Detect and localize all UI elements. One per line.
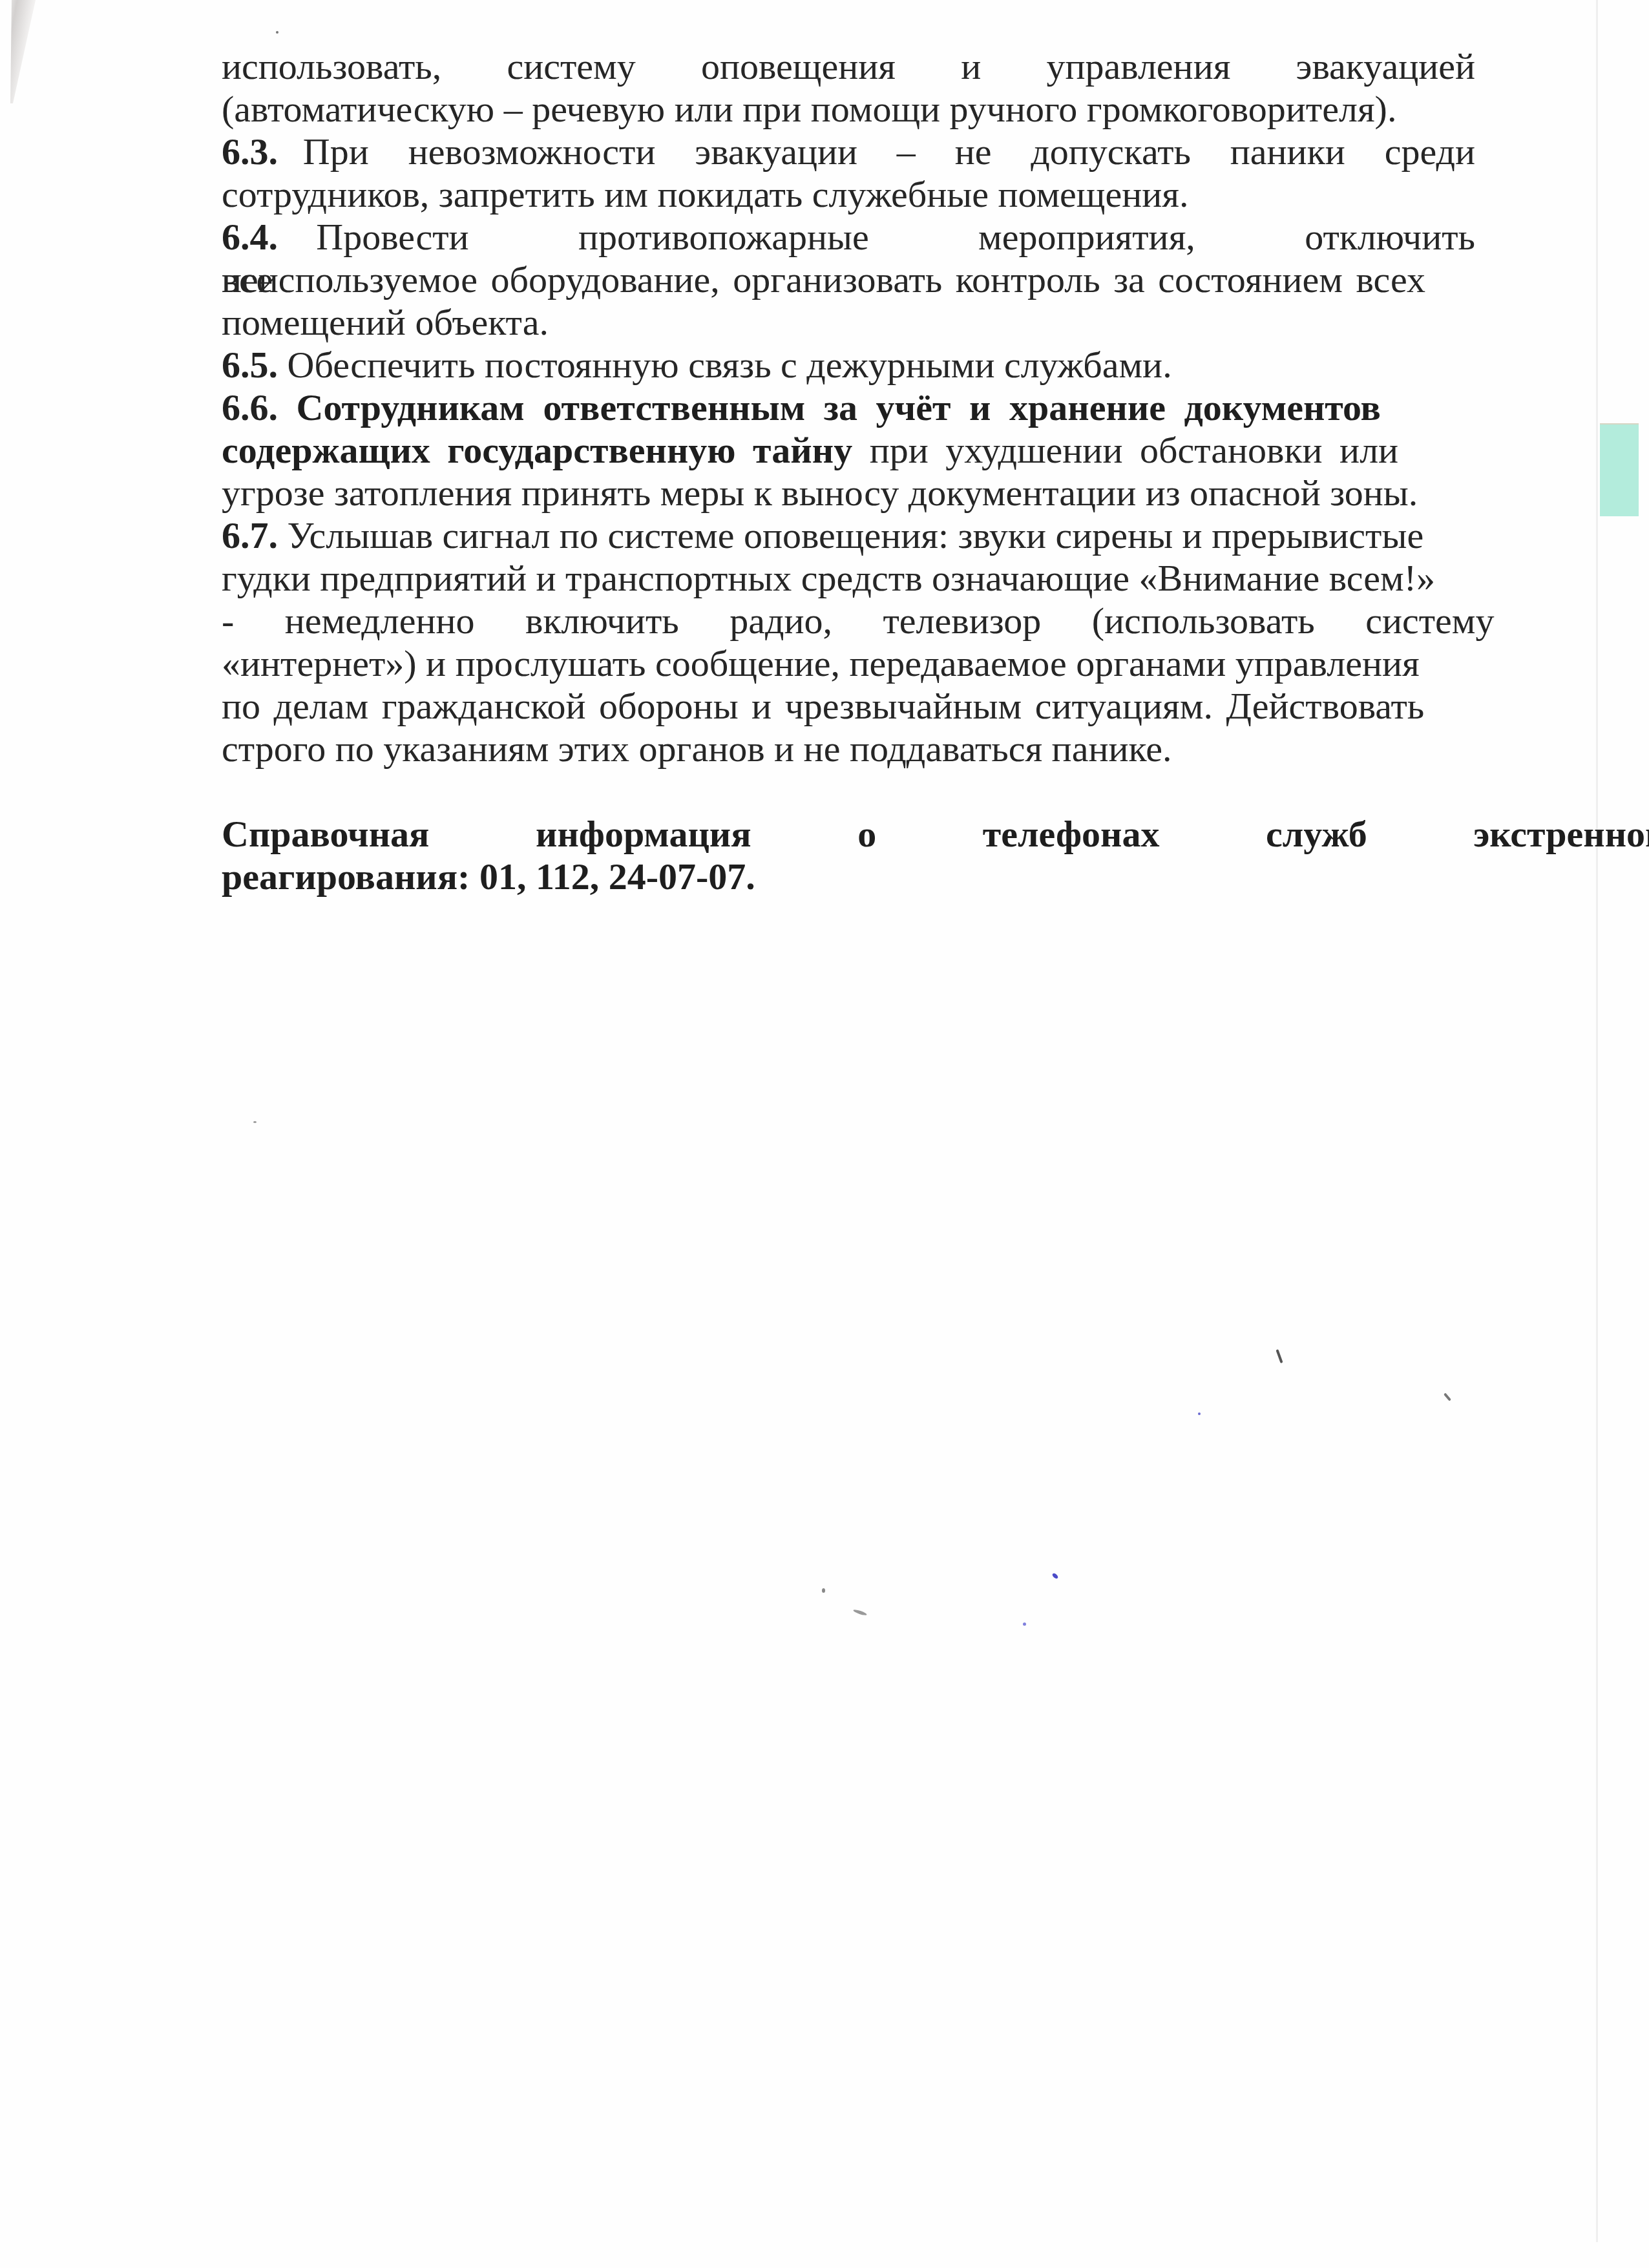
spacer <box>222 770 1475 813</box>
item-6-7-line-4: «интернет») и прослушать сообщение, пере… <box>222 642 1475 685</box>
item-bold-text: Сотрудникам ответственным за учёт и хран… <box>297 386 1381 428</box>
item-number: 6.4. <box>222 216 278 258</box>
item-text: при ухудшении обстановки или <box>870 429 1398 471</box>
scan-speck <box>853 1609 867 1617</box>
item-6-7-line-6: строго по указаниям этих органов и не по… <box>222 728 1475 770</box>
word: управления <box>1047 45 1231 87</box>
item-6-3-line-1: 6.3. При невозможности эвакуации – не до… <box>222 131 1475 173</box>
item-6-6-line-2: содержащих государственную тайну при уху… <box>222 429 1475 472</box>
item-text: Услышав сигнал по системе оповещения: зв… <box>288 514 1424 556</box>
item-number: 6.5. <box>222 344 278 386</box>
scan-speck <box>1023 1622 1026 1626</box>
scan-speck <box>1444 1392 1451 1401</box>
scan-shadow <box>0 0 39 103</box>
word: и <box>961 45 981 87</box>
item-text: Обеспечить постоянную связь с дежурными … <box>288 344 1172 386</box>
item-number: 6.6. <box>222 386 278 428</box>
item-6-3-line-2: сотрудников, запретить им покидать служе… <box>222 173 1475 216</box>
page-edge <box>1596 0 1598 2242</box>
document-body: использовать, систему оповещения и управ… <box>222 45 1475 898</box>
item-bold-text: содержащих государственную тайну <box>222 429 852 471</box>
item-6-7-line-2: гудки предприятий и транспортных средств… <box>222 557 1475 600</box>
item-number: 6.3. <box>222 131 278 173</box>
item-6-7-line-5: по делам гражданской обороны и чрезвычай… <box>222 685 1475 728</box>
scan-speck <box>822 1588 825 1593</box>
item-6-4-line-1: 6.4. Провести противопожарные мероприяти… <box>222 216 1475 258</box>
word: эвакуацией <box>1296 45 1475 87</box>
continuation-line-1: использовать, систему оповещения и управ… <box>222 45 1475 88</box>
word: использовать, <box>222 45 441 87</box>
scan-speck <box>1051 1572 1059 1579</box>
word: оповещения <box>701 45 896 87</box>
item-6-7-line-3: - немедленно включить радио, телевизор (… <box>222 600 1475 642</box>
reference-line-1: Справочная информация о телефонах служб … <box>222 813 1475 856</box>
item-6-7-line-1: 6.7. Услышав сигнал по системе оповещени… <box>222 514 1475 557</box>
scan-speck <box>276 31 278 34</box>
item-number: 6.7. <box>222 514 278 556</box>
item-text: При невозможности эвакуации – не допуска… <box>303 131 1475 173</box>
word: систему <box>507 45 635 87</box>
item-6-6-line-3: угрозе затопления принять меры к выносу … <box>222 472 1475 514</box>
tab-marker <box>1600 423 1639 516</box>
item-6-6-line-1: 6.6. Сотрудникам ответственным за учёт и… <box>222 386 1475 429</box>
scan-speck <box>1276 1349 1283 1363</box>
continuation-line-2: (автоматическую – речевую или при помощи… <box>222 88 1475 131</box>
item-6-4-line-3: помещений объекта. <box>222 301 1475 344</box>
scan-speck <box>1198 1412 1201 1415</box>
reference-line-2: реагирования: 01, 112, 24-07-07. <box>222 856 1475 898</box>
scan-speck <box>253 1121 257 1123</box>
item-6-4-line-2: неиспользуемое оборудование, организоват… <box>222 258 1475 301</box>
item-6-5-line-1: 6.5. Обеспечить постоянную связь с дежур… <box>222 344 1475 386</box>
